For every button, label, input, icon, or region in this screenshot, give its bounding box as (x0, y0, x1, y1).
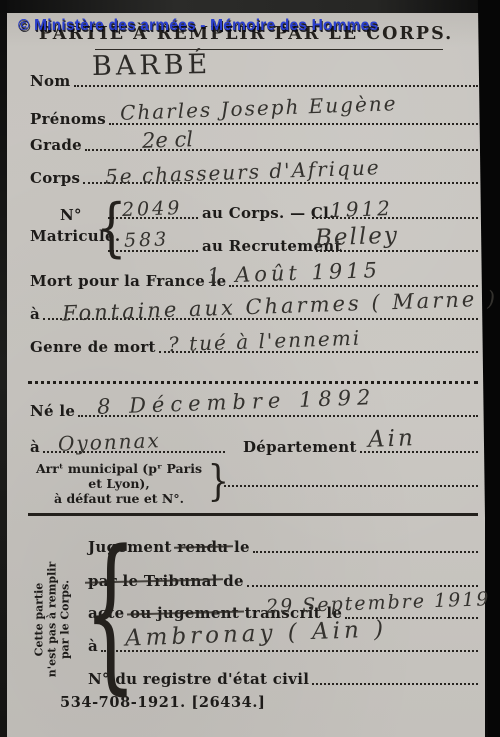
mort-le-label: Mort pour la France le (30, 272, 226, 290)
arrondissement-brace: } (208, 461, 229, 501)
mort-a-label: à (30, 305, 40, 323)
arrondissement-label-line1: Arrᵗ municipal (pʳ Paris et Lyon), (30, 461, 208, 491)
etat-civil-brace: { (84, 533, 137, 691)
field-departement: Département (243, 438, 478, 456)
arrondissement-dotted-line (224, 485, 478, 487)
field-registre: N° du registre d'état civil (88, 670, 478, 688)
matricule-recrutement-number: 583 (124, 228, 170, 252)
grade-label: Grade (30, 136, 82, 154)
sidebar-note: Cette partie n'est pas à remplir par le … (33, 540, 72, 700)
matricule-classe-value: 1912 (330, 196, 394, 222)
scan-edge-top (0, 0, 500, 13)
grade-value: 2e cl (142, 127, 194, 153)
scan-edge-left (0, 0, 7, 737)
archive-watermark: © Ministère des armées - Mémoire des Hom… (18, 17, 378, 35)
departement-value: Ain (368, 425, 417, 453)
field-jugement-rendu: Jugement rendu le (88, 538, 478, 556)
jugement-struck-word: rendu (177, 538, 228, 556)
field-grade: Grade (30, 136, 478, 154)
jugement-dotted-line (253, 551, 478, 553)
field-tribunal: par le Tribunal de (88, 572, 478, 590)
tribunal-dotted-line (247, 585, 478, 587)
arrondissement-label-line2: à défaut rue et N°. (30, 491, 208, 506)
sidebar-note-line3: par le Corps. (59, 540, 72, 700)
genre-de-mort-label: Genre de mort (30, 338, 156, 356)
matricule-recrutement-place: Belley (315, 223, 400, 252)
section-divider-dotted (28, 381, 478, 384)
corps-label: Corps (30, 169, 80, 187)
matricule-corps-number: 2049 (122, 197, 183, 221)
departement-label: Département (243, 438, 357, 456)
ne-a-label: à (30, 438, 40, 456)
nom-dotted-line (74, 85, 479, 87)
arrondissement-label: Arrᵗ municipal (pʳ Paris et Lyon), à déf… (30, 461, 208, 506)
registre-dotted-line (312, 683, 478, 685)
matricule-label-no: N° (60, 206, 82, 224)
nom-value: BARBÉ (92, 49, 212, 82)
tribunal-post: de (218, 572, 244, 590)
sidebar-note-line1: Cette partie (33, 540, 46, 700)
sidebar-note-line2: n'est pas à remplir (46, 540, 59, 700)
ne-a-value: Oyonnax (58, 428, 161, 456)
ne-le-label: Né le (30, 402, 75, 420)
prenoms-label: Prénoms (30, 110, 106, 128)
scanned-death-record-card: © Ministère des armées - Mémoire des Hom… (0, 0, 500, 737)
matricule-corps-suffix: au Corps. — Cl. (202, 204, 335, 222)
nom-label: Nom (30, 72, 71, 90)
transcrit-struck-words: ou jugement (130, 604, 239, 622)
title-underline (95, 49, 443, 50)
